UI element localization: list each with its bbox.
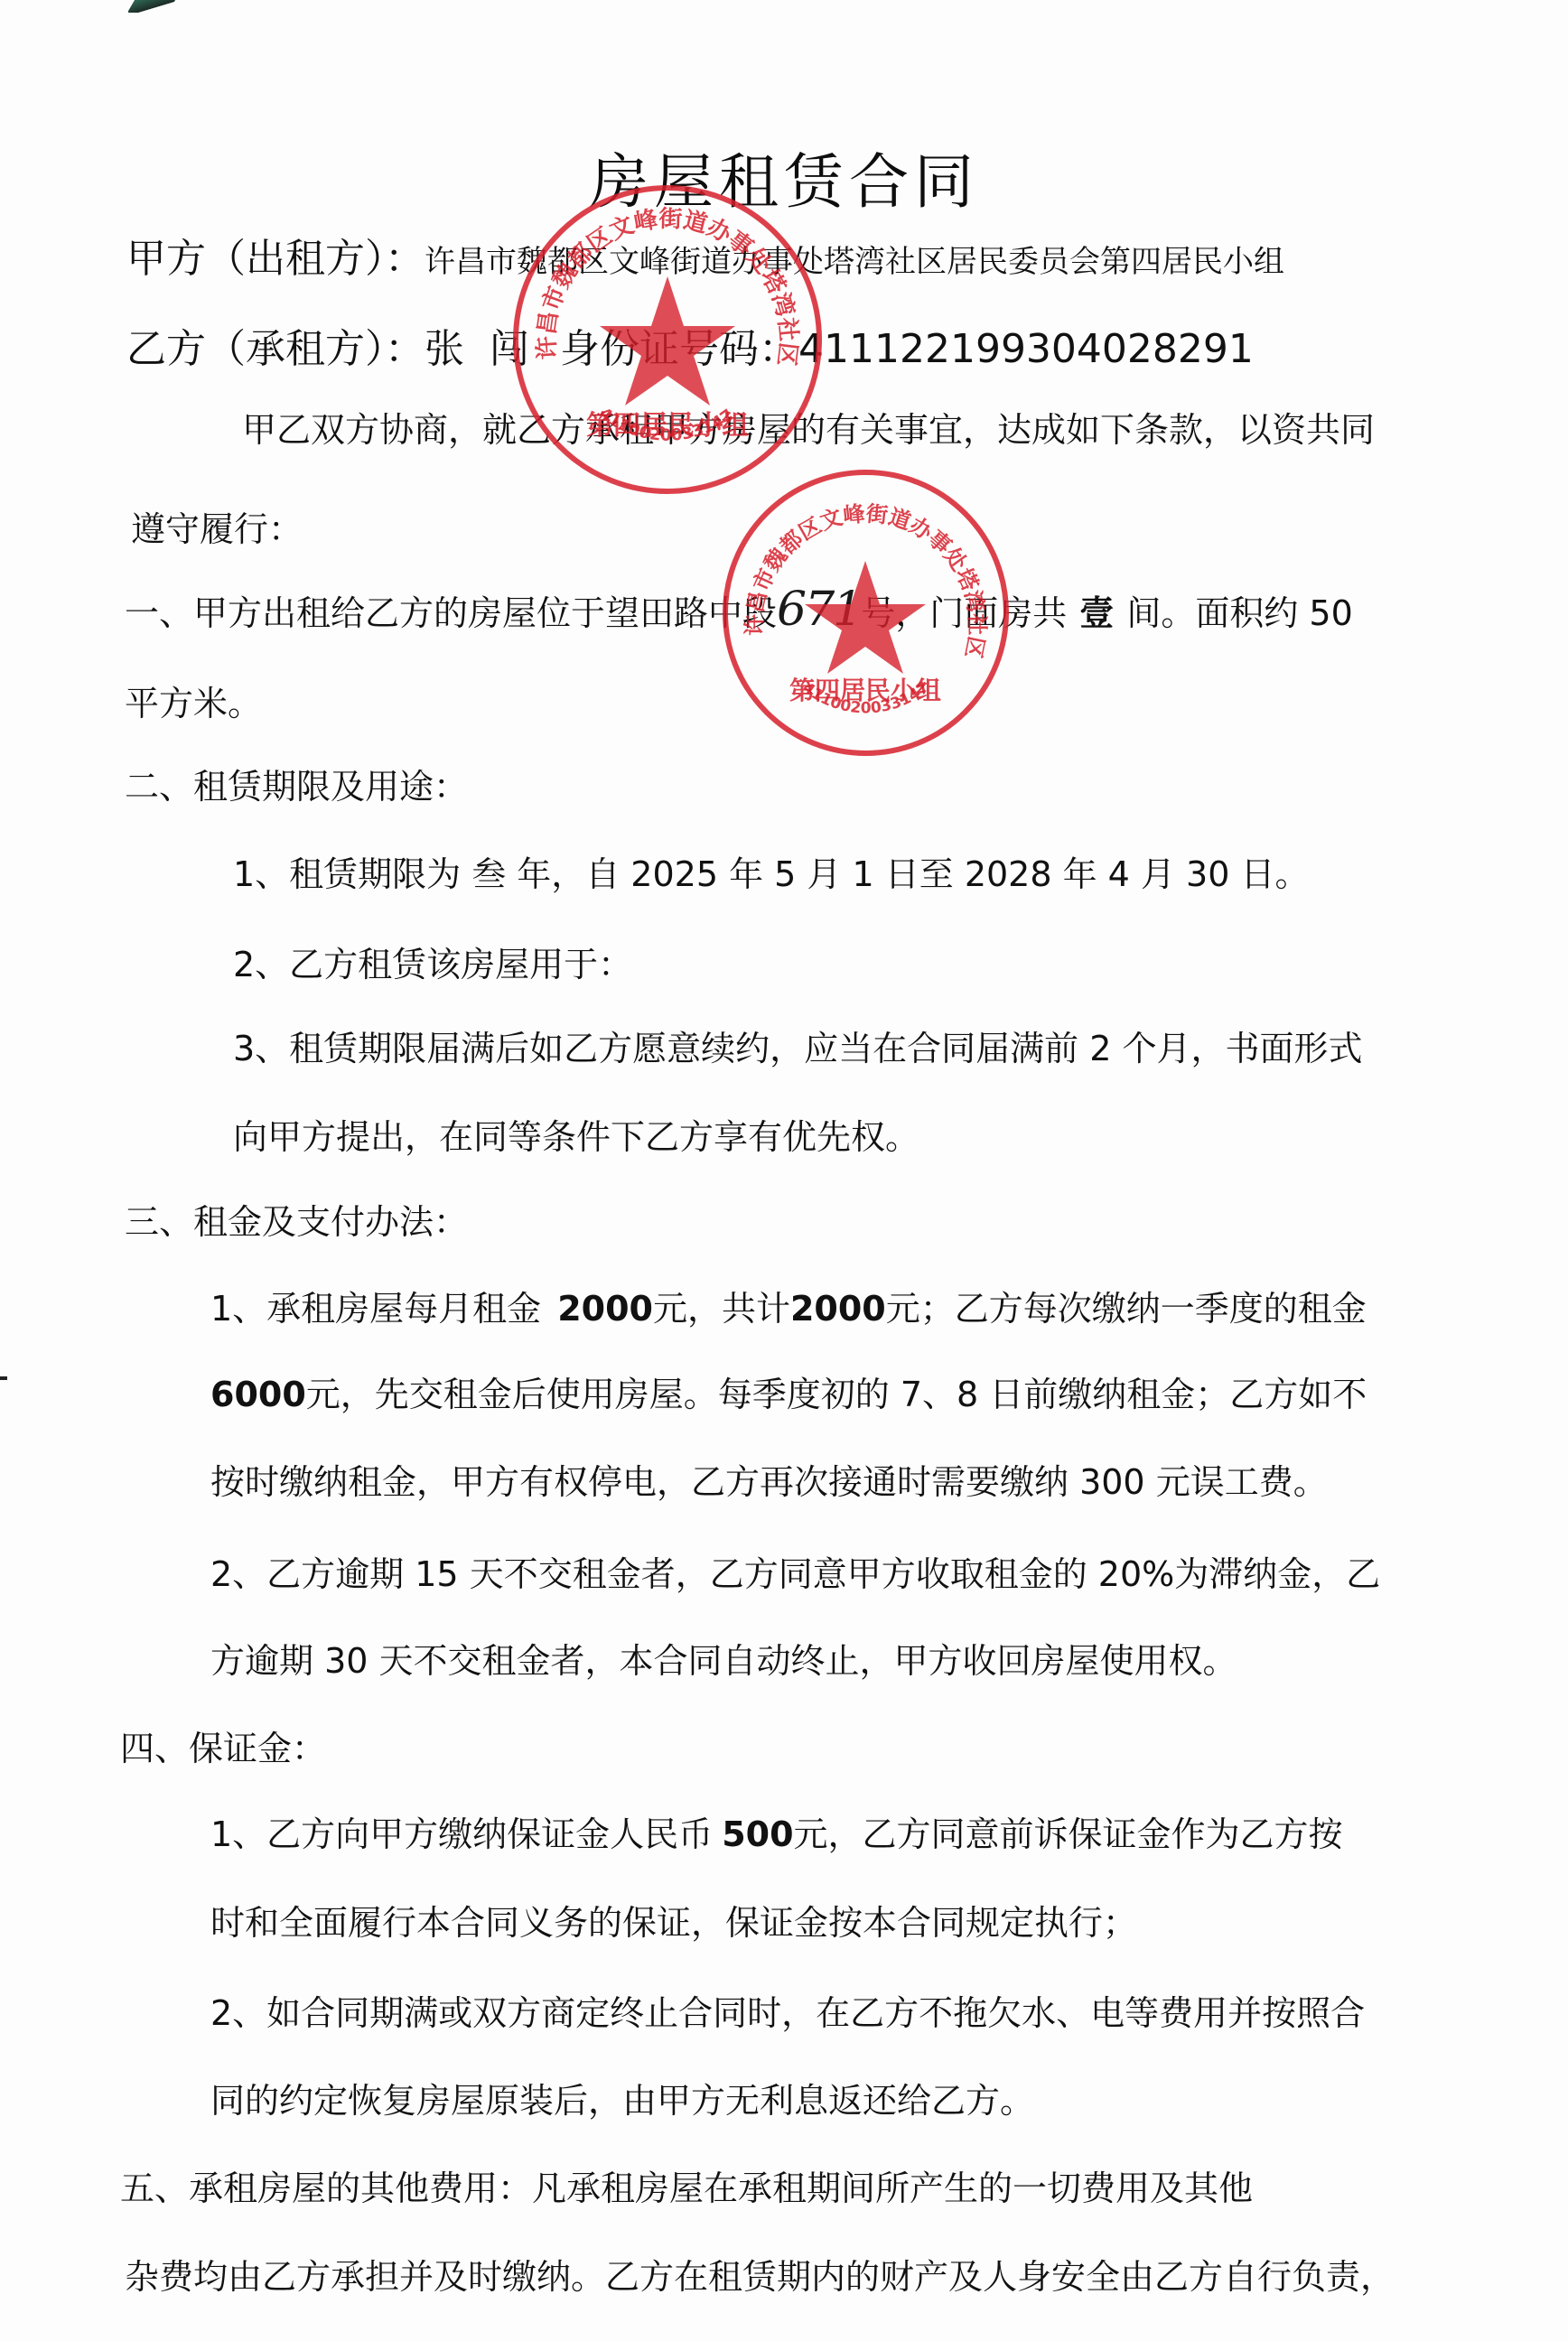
- section3-heading: 三、租金及支付办法：: [125, 1194, 468, 1244]
- monthly-rent: 2000: [557, 1289, 653, 1329]
- section3-item-1-line-2: 6000元，先交租金后使用房屋。每季度初的 7、8 日前缴纳租金；乙方如不: [210, 1366, 1367, 1416]
- section4-item-1-line-1: 1、乙方向甲方缴纳保证金人民币500元，乙方同意前诉保证金作为乙方按: [210, 1806, 1343, 1856]
- document-page: 房屋租赁合同 甲方（出租方）：许昌市魏都区文峰街道办事处塔湾社区居民委员会第四居…: [0, 0, 1568, 2341]
- section1-text-c: 间。面积约 50: [1126, 593, 1352, 633]
- section1-line-2: 平方米。: [125, 676, 262, 725]
- section2-heading: 二、租赁期限及用途：: [125, 759, 468, 808]
- party-b-id-number: 411122199304028291: [798, 326, 1254, 372]
- deposit-prefix: 1、乙方向甲方缴纳保证金人民币: [210, 1814, 713, 1854]
- section4-item-2-line-2: 同的约定恢复房屋原装后，由甲方无利息返还给乙方。: [210, 2073, 1034, 2122]
- quarterly-rent: 6000: [210, 1375, 306, 1414]
- scan-corner-artifact: [127, 0, 175, 13]
- party-b-label: 乙方（承租方）：: [126, 326, 425, 372]
- rent-total-prefix: 元，共计: [653, 1289, 790, 1329]
- party-a-line: 甲方（出租方）：许昌市魏都区文峰街道办事处塔湾社区居民委员会第四居民小组: [126, 226, 1284, 284]
- section3-item-1-line-3: 按时缴纳租金，甲方有权停电，乙方再次接通时需要缴纳 300 元误工费。: [210, 1454, 1328, 1504]
- deposit-amount: 500: [722, 1814, 793, 1854]
- section1-line-1: 一、甲方出租给乙方的房屋位于望田路中段671号，门面房共壹间。面积约 50: [125, 583, 1353, 637]
- term-prefix: 1、租赁期限为: [233, 854, 461, 894]
- deposit-text: 元，乙方同意前诉保证金作为乙方按: [794, 1814, 1343, 1854]
- party-b-name: 张 闯: [425, 326, 529, 372]
- total-rent: 2000: [790, 1289, 886, 1329]
- section3-item-1-line-1: 1、承租房屋每月租金2000元，共计2000元；乙方每次缴纳一季度的租金: [210, 1281, 1367, 1330]
- party-b-id-label: 身份证号码：: [560, 326, 798, 372]
- scan-edge-artifact: [0, 1376, 7, 1380]
- room-count: 壹: [1079, 593, 1114, 633]
- intro-line-1: 甲乙双方协商，就乙方承租甲方房屋的有关事宜，达成如下条款，以资共同: [242, 402, 1375, 452]
- intro-line-2: 遵守履行：: [131, 501, 303, 551]
- house-number-handwritten: 671: [777, 583, 861, 637]
- section5-line-1: 五、承租房屋的其他费用：凡承租房屋在承租期间所产生的一切费用及其他: [120, 2160, 1253, 2210]
- term-years: 叁: [471, 854, 506, 894]
- svg-text:4110020033147: 4110020033147: [799, 678, 933, 717]
- rent-prefix: 1、承租房屋每月租金: [210, 1289, 541, 1329]
- term-dates: 年，自 2025 年 5 月 1 日至 2028 年 4 月 30 日。: [517, 854, 1309, 894]
- section4-item-1-line-2: 时和全面履行本合同义务的保证，保证金按本合同规定执行；: [210, 1895, 1137, 1945]
- payment-terms: 元，先交租金后使用房屋。每季度初的 7、8 日前缴纳租金；乙方如不: [306, 1375, 1367, 1414]
- party-b-line: 乙方（承租方）：张 闯身份证号码：411122199304028291: [126, 316, 1254, 374]
- party-a-value: 许昌市魏都区文峰街道办事处塔湾社区居民委员会第四居民小组: [425, 244, 1284, 280]
- section5-line-2: 杂费均由乙方承担并及时缴纳。乙方在租赁期内的财产及人身安全由乙方自行负责，: [125, 2249, 1395, 2299]
- section2-item-1: 1、租赁期限为叁年，自 2025 年 5 月 1 日至 2028 年 4 月 3…: [233, 846, 1309, 896]
- section2-item-3-line-2: 向甲方提出，在同等条件下乙方享有优先权。: [233, 1109, 919, 1159]
- rent-quarterly-text: 元；乙方每次缴纳一季度的租金: [886, 1289, 1367, 1329]
- contract-title: 房屋租赁合同: [0, 134, 1568, 219]
- section3-item-2-line-2: 方逾期 30 天不交租金者，本合同自动终止，甲方收回房屋使用权。: [210, 1633, 1237, 1683]
- section1-text-b: 号，门面房共: [861, 593, 1067, 633]
- section1-text-a: 一、甲方出租给乙方的房屋位于望田路中段: [125, 593, 777, 633]
- svg-text:第四居民小组: 第四居民小组: [789, 676, 941, 705]
- section3-item-2-line-1: 2、乙方逾期 15 天不交租金者，乙方同意甲方收取租金的 20%为滞纳金，乙: [210, 1546, 1380, 1596]
- section4-heading: 四、保证金：: [120, 1721, 326, 1770]
- section2-item-2: 2、乙方租赁该房屋用于：: [233, 937, 632, 986]
- section2-item-3-line-1: 3、租赁期限届满后如乙方愿意续约，应当在合同届满前 2 个月，书面形式: [233, 1021, 1363, 1070]
- section4-item-2-line-1: 2、如合同期满或双方商定终止合同时，在乙方不拖欠水、电等费用并按照合: [210, 1985, 1365, 2035]
- party-a-label: 甲方（出租方）：: [126, 236, 425, 282]
